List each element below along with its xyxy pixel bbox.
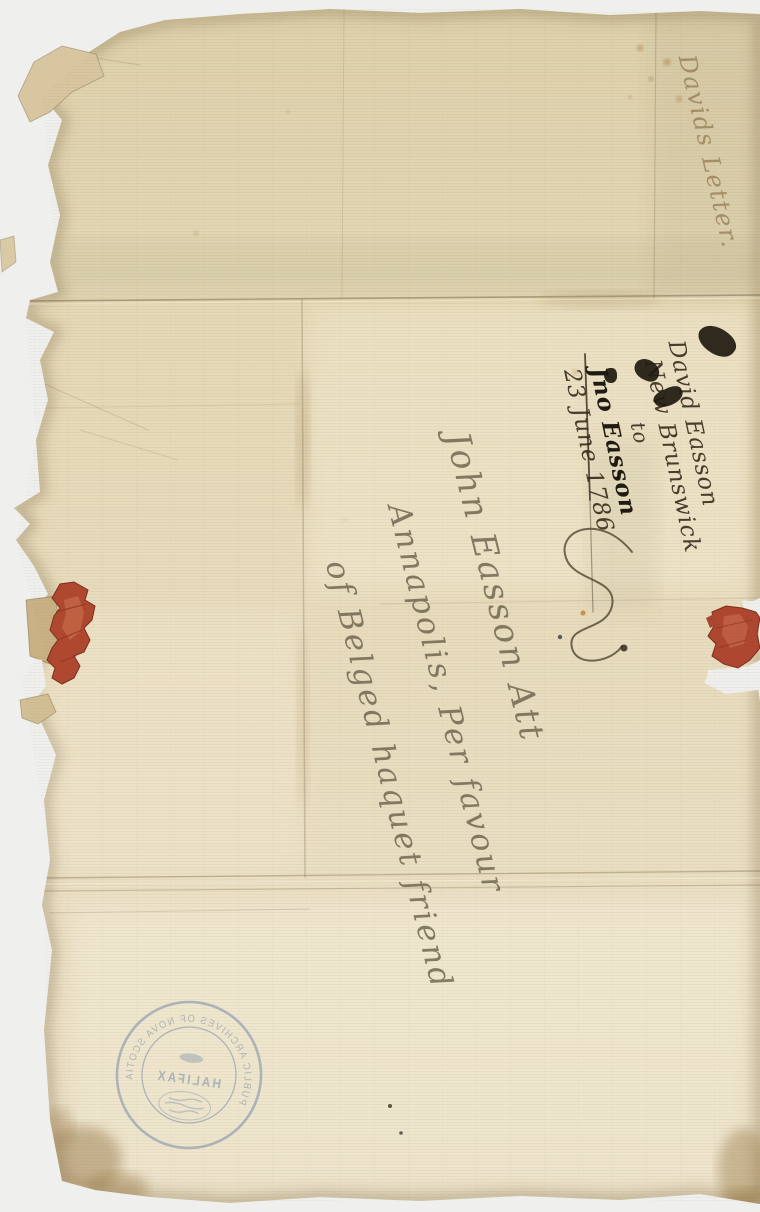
archive-stamp: PUBLIC ARCHIVES OF NOVA SCOTIA HALIFAX xyxy=(100,986,278,1164)
ink-blot xyxy=(604,368,617,383)
stamp-ornament-top xyxy=(179,1052,204,1064)
stamp-center-text: HALIFAX xyxy=(155,1067,222,1091)
scanned-letter-page: Davids Letter. David Easson New Brunswic… xyxy=(0,0,760,1212)
stamp-emblem-bottom xyxy=(157,1088,212,1123)
